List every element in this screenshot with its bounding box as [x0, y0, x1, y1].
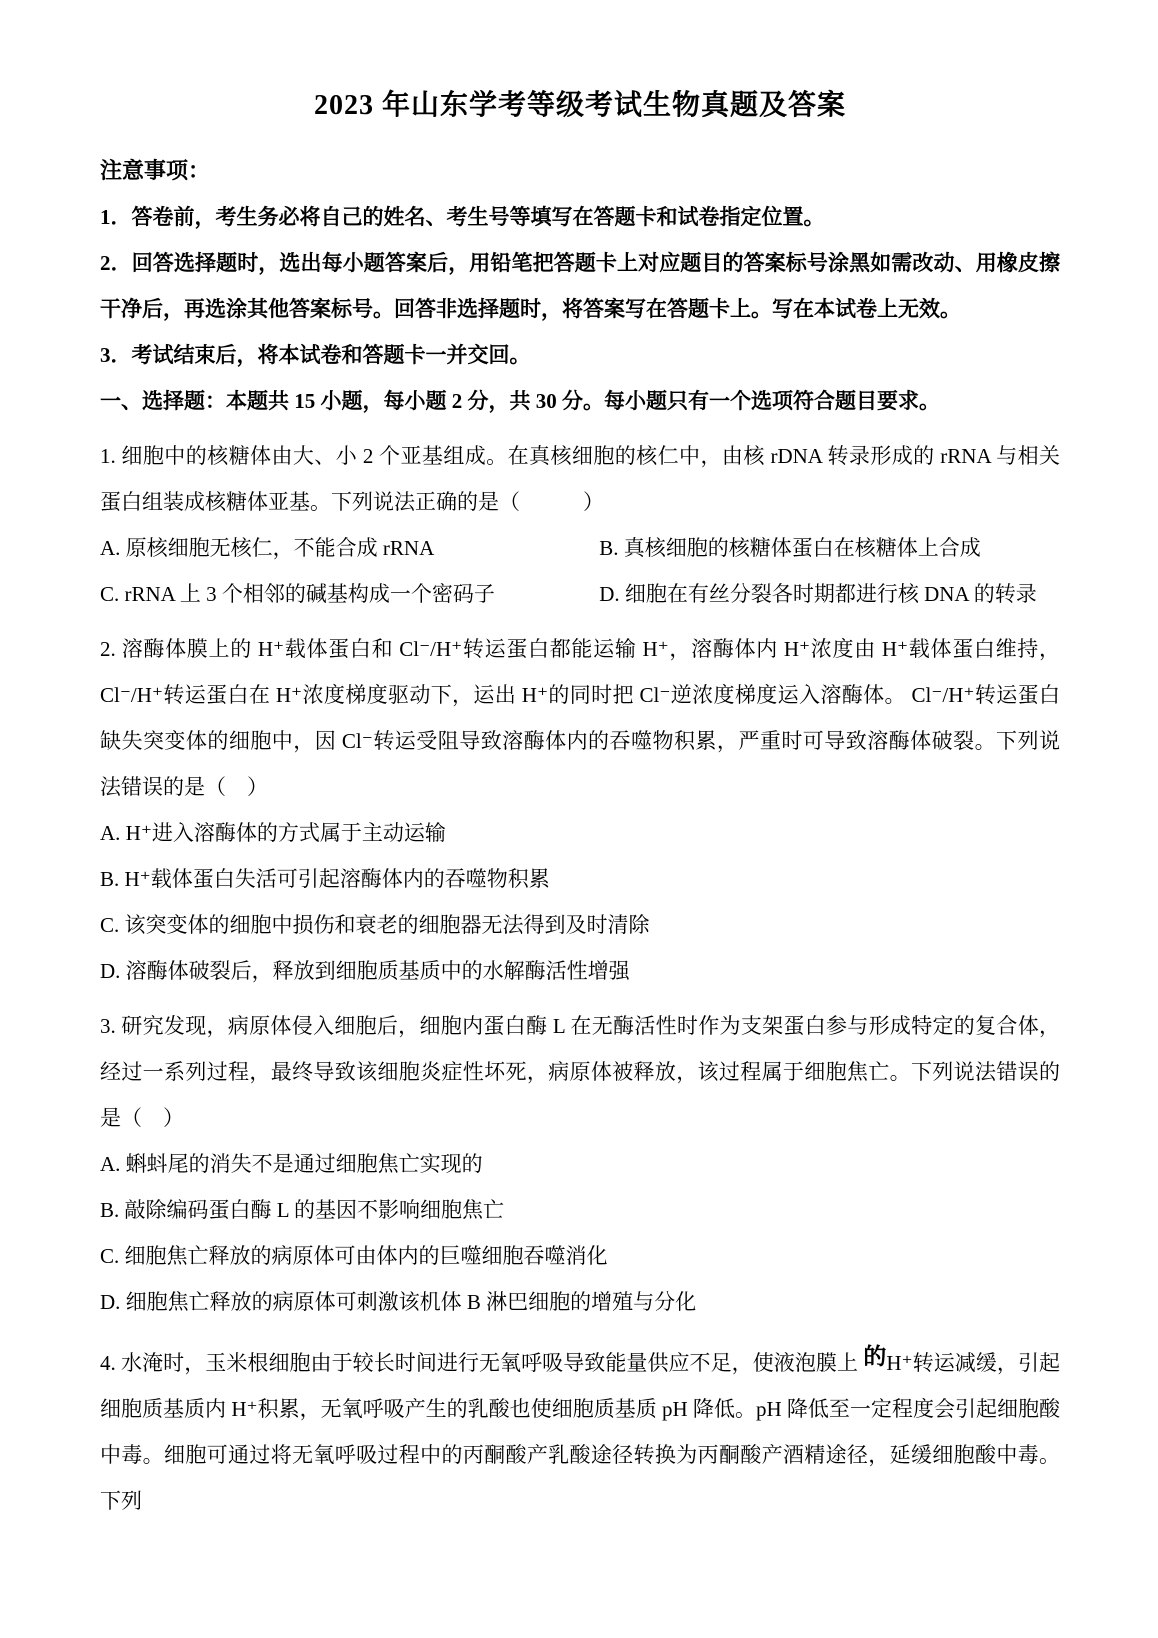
question-4-stem-before: 4. 水淹时，玉米根细胞由于较长时间进行无氧呼吸导致能量供应不足，使液泡膜上 — [100, 1351, 863, 1375]
notice-item-3: 3．考试结束后，将本试卷和答题卡一并交回。 — [100, 332, 1060, 378]
question-4-stem-after: H⁺转运减缓，引起细胞质基质内 H⁺积累，无氧呼吸产生的乳酸也使细胞质基质 pH… — [100, 1351, 1060, 1513]
question-3-stem: 3. 研究发现，病原体侵入细胞后，细胞内蛋白酶 L 在无酶活性时作为支架蛋白参与… — [100, 1003, 1060, 1141]
question-4-stem-bold-char: 的 — [863, 1344, 886, 1369]
question-1-option-a: A. 原核细胞无核仁，不能合成 rRNA — [100, 525, 599, 571]
question-1-options: A. 原核细胞无核仁，不能合成 rRNA B. 真核细胞的核糖体蛋白在核糖体上合… — [100, 525, 1060, 617]
page-title: 2023 年山东学考等级考试生物真题及答案 — [100, 86, 1060, 126]
question-4: 4. 水淹时，玉米根细胞由于较长时间进行无氧呼吸导致能量供应不足，使液泡膜上 的… — [100, 1334, 1060, 1524]
question-1-option-d: D. 细胞在有丝分裂各时期都进行核 DNA 的转录 — [599, 571, 1060, 617]
question-3-option-d: D. 细胞焦亡释放的病原体可刺激该机体 B 淋巴细胞的增殖与分化 — [100, 1279, 1060, 1325]
question-1: 1. 细胞中的核糖体由大、小 2 个亚基组成。在真核细胞的核仁中，由核 rDNA… — [100, 433, 1060, 617]
question-1-option-c: C. rRNA 上 3 个相邻的碱基构成一个密码子 — [100, 571, 599, 617]
notice-item-1: 1．答卷前，考生务必将自己的姓名、考生号等填写在答题卡和试卷指定位置。 — [100, 194, 1060, 240]
exam-document-page: 2023 年山东学考等级考试生物真题及答案 注意事项： 1．答卷前，考生务必将自… — [0, 0, 1158, 1638]
question-1-stem: 1. 细胞中的核糖体由大、小 2 个亚基组成。在真核细胞的核仁中，由核 rDNA… — [100, 433, 1060, 525]
section-heading-choice-questions: 一、选择题：本题共 15 小题，每小题 2 分，共 30 分。每小题只有一个选项… — [100, 378, 1060, 424]
question-2-stem: 2. 溶酶体膜上的 H⁺载体蛋白和 Cl⁻/H⁺转运蛋白都能运输 H⁺，溶酶体内… — [100, 626, 1060, 810]
question-3-option-c: C. 细胞焦亡释放的病原体可由体内的巨噬细胞吞噬消化 — [100, 1233, 1060, 1279]
question-2: 2. 溶酶体膜上的 H⁺载体蛋白和 Cl⁻/H⁺转运蛋白都能运输 H⁺，溶酶体内… — [100, 626, 1060, 994]
question-3: 3. 研究发现，病原体侵入细胞后，细胞内蛋白酶 L 在无酶活性时作为支架蛋白参与… — [100, 1003, 1060, 1325]
question-4-stem: 4. 水淹时，玉米根细胞由于较长时间进行无氧呼吸导致能量供应不足，使液泡膜上 的… — [100, 1334, 1060, 1524]
question-1-option-b: B. 真核细胞的核糖体蛋白在核糖体上合成 — [599, 525, 1060, 571]
question-2-option-b: B. H⁺载体蛋白失活可引起溶酶体内的吞噬物积累 — [100, 856, 1060, 902]
question-2-option-d: D. 溶酶体破裂后，释放到细胞质基质中的水解酶活性增强 — [100, 948, 1060, 994]
notice-heading: 注意事项： — [100, 148, 1060, 194]
question-3-option-a: A. 蝌蚪尾的消失不是通过细胞焦亡实现的 — [100, 1141, 1060, 1187]
question-2-option-a: A. H⁺进入溶酶体的方式属于主动运输 — [100, 810, 1060, 856]
question-3-option-b: B. 敲除编码蛋白酶 L 的基因不影响细胞焦亡 — [100, 1187, 1060, 1233]
notice-item-2: 2．回答选择题时，选出每小题答案后，用铅笔把答题卡上对应题目的答案标号涂黑如需改… — [100, 240, 1060, 332]
question-2-option-c: C. 该突变体的细胞中损伤和衰老的细胞器无法得到及时清除 — [100, 902, 1060, 948]
